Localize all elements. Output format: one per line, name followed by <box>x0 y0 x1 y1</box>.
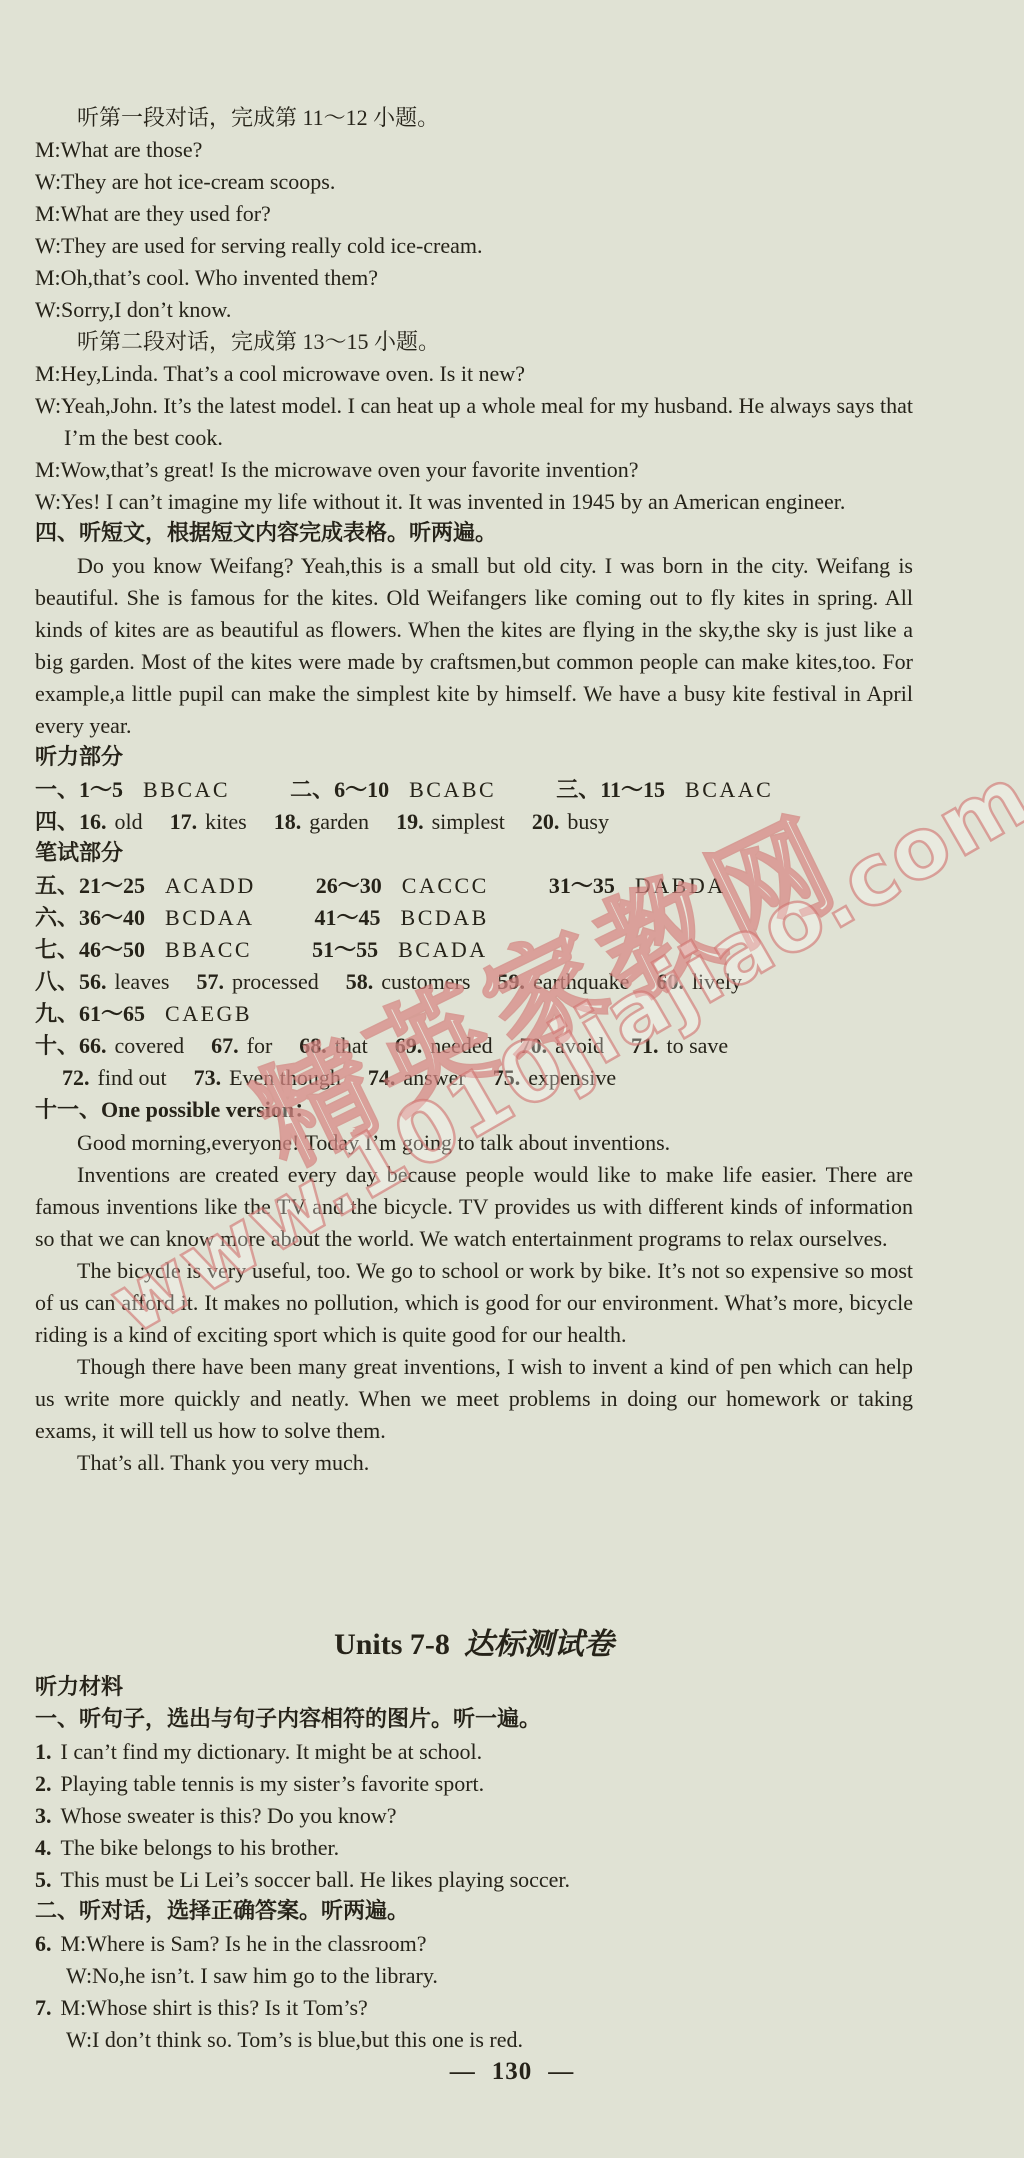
answer-group: 74.answer <box>368 1062 466 1094</box>
answer-value: expensive <box>528 1065 616 1090</box>
dialog-w-line: W:I don’t think so. Tom’s is blue,but th… <box>35 2024 913 2056</box>
dialogue-line: M:Wow,that’s great! Is the microwave ove… <box>35 454 913 486</box>
essay-paragraph: Good morning,everyone! Today I’m going t… <box>35 1127 913 1159</box>
answer-value: for <box>247 1033 273 1058</box>
answer-group-label: 20. <box>532 809 560 834</box>
answer-group-label: 九、61～65 <box>35 1001 145 1026</box>
answer-value: DABDA <box>635 873 726 898</box>
answer-group: 八、56.leaves <box>35 966 169 998</box>
dialogue-line: M:Hey,Linda. That’s a cool microwave ove… <box>35 358 913 390</box>
answer-group-label: 二、6～10 <box>290 777 389 802</box>
answer-group-label: 68. <box>299 1033 327 1058</box>
answer-value: lively <box>692 969 742 994</box>
answer-group-label: 70. <box>520 1033 548 1058</box>
sentence-text: Whose sweater is this? Do you know? <box>61 1803 397 1828</box>
dialog2-intro: 听第二段对话，完成第 13～15 小题。 <box>35 326 913 358</box>
answer-row: 九、61～65CAEGB <box>35 998 913 1030</box>
essay-paragraph: The bicycle is very useful, too. We go t… <box>35 1255 913 1351</box>
answer-group-label: 18. <box>274 809 302 834</box>
answer-value: processed <box>232 969 319 994</box>
answer-value: BCAAC <box>685 777 773 802</box>
answer-group: 69.needed <box>395 1030 493 1062</box>
answer-group-label: 十、66. <box>35 1033 107 1058</box>
answer-row: 十、66.covered 67.for 68.that 69.needed 70… <box>35 1030 913 1062</box>
page-number-dash-right: — <box>548 2058 574 2085</box>
answer-value: garden <box>309 809 369 834</box>
answer-group-label: 17. <box>170 809 198 834</box>
answer-row: 八、56.leaves 57.processed 58.customers 59… <box>35 966 913 998</box>
essay-paragraph: Though there have been many great invent… <box>35 1351 913 1447</box>
answer-group-label: 51～55 <box>312 937 378 962</box>
dialogue-line: W:They are hot ice-cream scoops. <box>35 166 913 198</box>
answer-group: 六、36～40BCDAA <box>35 902 255 934</box>
answer-group: 十、66.covered <box>35 1030 184 1062</box>
answer-group-label: 72. <box>62 1065 90 1090</box>
answer-group: 57.processed <box>196 966 318 998</box>
answer-value: earthquake <box>533 969 630 994</box>
dialogue-line: M:What are they used for? <box>35 198 913 230</box>
item-number: 7. <box>35 1995 52 2020</box>
passage-paragraph: Do you know Weifang? Yeah,this is a smal… <box>35 550 913 742</box>
sentence-text: This must be Li Lei’s soccer ball. He li… <box>61 1867 571 1892</box>
answer-value: needed <box>430 1033 492 1058</box>
answer-value: busy <box>567 809 609 834</box>
sentence-item: 5.This must be Li Lei’s soccer ball. He … <box>35 1864 913 1896</box>
dialogue-line: W:Yes! I can’t imagine my life without i… <box>35 486 913 518</box>
listening-part-heading: 听力部分 <box>35 742 913 774</box>
item-number: 6. <box>35 1931 52 1956</box>
dialogue-line: W:Yeah,John. It’s the latest model. I ca… <box>35 390 913 454</box>
answer-group: 17.kites <box>170 806 247 838</box>
answer-group: 58.customers <box>346 966 471 998</box>
essay-paragraph: That’s all. Thank you very much. <box>35 1447 913 1479</box>
dialogue-line: W:Sorry,I don’t know. <box>35 294 913 326</box>
answer-value: BBACC <box>165 937 252 962</box>
answer-row: 四、16.old 17.kites 18.garden 19.simplest … <box>35 806 913 838</box>
answer-group: 71.to save <box>631 1030 728 1062</box>
answer-group-label: 71. <box>631 1033 659 1058</box>
answer-group: 68.that <box>299 1030 368 1062</box>
sentence-item: 4.The bike belongs to his brother. <box>35 1832 913 1864</box>
dialogue-line: M:Oh,that’s cool. Who invented them? <box>35 262 913 294</box>
answer-value: CAEGB <box>165 1001 252 1026</box>
answer-value: Even though <box>229 1065 341 1090</box>
answer-value: find out <box>98 1065 167 1090</box>
answer-value: customers <box>381 969 470 994</box>
answer-group: 四、16.old <box>35 806 143 838</box>
answer-group-label: 四、16. <box>35 809 107 834</box>
sentence-text: Playing table tennis is my sister’s favo… <box>61 1771 485 1796</box>
answer-group: 73.Even though <box>194 1062 341 1094</box>
answer-group: 67.for <box>211 1030 272 1062</box>
item-number: 3. <box>35 1803 52 1828</box>
answer-value: ACADD <box>165 873 256 898</box>
dialog-m-line: 7.M:Whose shirt is this? Is it Tom’s? <box>35 1992 913 2024</box>
listening-material-heading: 听力材料 <box>35 1672 913 1704</box>
answer-group: 70.avoid <box>520 1030 604 1062</box>
essay-heading: 十一、One possible version： <box>35 1094 913 1127</box>
sentence-text: I can’t find my dictionary. It might be … <box>61 1739 483 1764</box>
answer-value: old <box>115 809 143 834</box>
answer-value: that <box>335 1033 368 1058</box>
answer-group-label: 60. <box>656 969 684 994</box>
answer-row: 五、21～25ACADD 26～30CACCC 31～35DABDA <box>35 870 913 902</box>
dialog-m-text: M:Whose shirt is this? Is it Tom’s? <box>61 1995 368 2020</box>
answer-group-label: 75. <box>493 1065 521 1090</box>
answer-group-label: 六、36～40 <box>35 905 145 930</box>
dialogue-line: M:What are those? <box>35 134 913 166</box>
answer-value: CACCC <box>402 873 489 898</box>
answer-group-label: 26～30 <box>316 873 382 898</box>
section-4-heading: 四、听短文，根据短文内容完成表格。听两遍。 <box>35 518 913 550</box>
answer-group: 一、1～5BBCAC <box>35 774 230 806</box>
answer-row: 七、46～50BBACC 51～55BCADA <box>35 934 913 966</box>
content-units: Units 7-8达标测试卷 听力材料 一、听句子，选出与句子内容相符的图片。听… <box>35 1624 913 2056</box>
written-part-heading: 笔试部分 <box>35 838 913 870</box>
item-number: 2. <box>35 1771 52 1796</box>
answer-group: 18.garden <box>274 806 369 838</box>
answer-group: 19.simplest <box>396 806 505 838</box>
essay-paragraph: Inventions are created every day because… <box>35 1159 913 1255</box>
dialog-m-line: 6.M:Where is Sam? Is he in the classroom… <box>35 1928 913 1960</box>
answer-group: 七、46～50BBACC <box>35 934 252 966</box>
answer-group: 60.lively <box>656 966 742 998</box>
answer-row: 一、1～5BBCAC 二、6～10BCABC 三、11～15BCAAC <box>35 774 913 806</box>
answer-group-label: 八、56. <box>35 969 107 994</box>
page-number: —130— <box>0 2058 1024 2086</box>
answer-group-label: 一、1～5 <box>35 777 123 802</box>
answer-group-label: 三、11～15 <box>556 777 665 802</box>
answer-group-label: 73. <box>194 1065 222 1090</box>
dialogue-line: W:They are used for serving really cold … <box>35 230 913 262</box>
answer-group-label: 74. <box>368 1065 396 1090</box>
answer-value: BCDAB <box>401 905 489 930</box>
answer-group-label: 69. <box>395 1033 423 1058</box>
answer-value: leaves <box>115 969 170 994</box>
sentence-text: The bike belongs to his brother. <box>61 1835 340 1860</box>
answer-group-label: 31～35 <box>549 873 615 898</box>
answer-group-label: 58. <box>346 969 374 994</box>
answer-group-label: 57. <box>196 969 224 994</box>
answer-group-label: 59. <box>497 969 525 994</box>
answer-group: 31～35DABDA <box>549 870 726 902</box>
sentence-item: 2.Playing table tennis is my sister’s fa… <box>35 1768 913 1800</box>
units-title-chinese: 达标测试卷 <box>464 1628 614 1661</box>
answer-group: 二、6～10BCABC <box>290 774 496 806</box>
answer-row: 六、36～40BCDAA 41～45BCDAB <box>35 902 913 934</box>
section-2-heading: 二、听对话，选择正确答案。听两遍。 <box>35 1896 913 1928</box>
answer-group-label: 五、21～25 <box>35 873 145 898</box>
dialog-w-line: W:No,he isn’t. I saw him go to the libra… <box>35 1960 913 1992</box>
answer-value: BCABC <box>409 777 496 802</box>
item-number: 5. <box>35 1867 52 1892</box>
answer-group-label: 41～45 <box>315 905 381 930</box>
content-top: 听第一段对话，完成第 11～12 小题。 M:What are those? W… <box>35 102 913 1479</box>
answer-group: 26～30CACCC <box>316 870 489 902</box>
answer-value: to save <box>666 1033 728 1058</box>
answer-group-label: 67. <box>211 1033 239 1058</box>
answer-group: 75.expensive <box>493 1062 616 1094</box>
answer-group: 九、61～65CAEGB <box>35 998 252 1030</box>
answer-value: kites <box>205 809 247 834</box>
answer-value: BCDAA <box>165 905 255 930</box>
item-number: 4. <box>35 1835 52 1860</box>
answer-group: 五、21～25ACADD <box>35 870 256 902</box>
page-number-value: 130 <box>492 2058 533 2085</box>
answer-group: 72.find out <box>62 1062 167 1094</box>
dialog-m-text: M:Where is Sam? Is he in the classroom? <box>61 1931 427 1956</box>
answer-group: 20.busy <box>532 806 609 838</box>
answer-value: simplest <box>432 809 505 834</box>
answer-value: BBCAC <box>143 777 230 802</box>
answer-value: answer <box>403 1065 465 1090</box>
answer-group: 51～55BCADA <box>312 934 488 966</box>
essay-heading-text: One possible version： <box>101 1097 316 1122</box>
answer-value: covered <box>115 1033 185 1058</box>
answer-group: 41～45BCDAB <box>315 902 489 934</box>
page-number-dash-left: — <box>450 2058 476 2085</box>
answer-group-label: 七、46～50 <box>35 937 145 962</box>
answer-value: avoid <box>555 1033 604 1058</box>
answer-group: 59.earthquake <box>497 966 629 998</box>
dialog1-intro: 听第一段对话，完成第 11～12 小题。 <box>35 102 913 134</box>
units-title-english: Units 7-8 <box>334 1628 450 1661</box>
scanned-answer-key-page: 听第一段对话，完成第 11～12 小题。 M:What are those? W… <box>0 0 1024 2158</box>
answer-group: 三、11～15BCAAC <box>556 774 773 806</box>
units-test-title: Units 7-8达标测试卷 <box>35 1624 913 1666</box>
answer-group-label: 19. <box>396 809 424 834</box>
section-1-heading: 一、听句子，选出与句子内容相符的图片。听一遍。 <box>35 1704 913 1736</box>
essay-heading-number: 十一、 <box>35 1098 101 1123</box>
sentence-item: 3.Whose sweater is this? Do you know? <box>35 1800 913 1832</box>
item-number: 1. <box>35 1739 52 1764</box>
sentence-item: 1.I can’t find my dictionary. It might b… <box>35 1736 913 1768</box>
answer-value: BCADA <box>398 937 488 962</box>
answer-row: 72.find out 73.Even though 74.answer 75.… <box>35 1062 913 1094</box>
